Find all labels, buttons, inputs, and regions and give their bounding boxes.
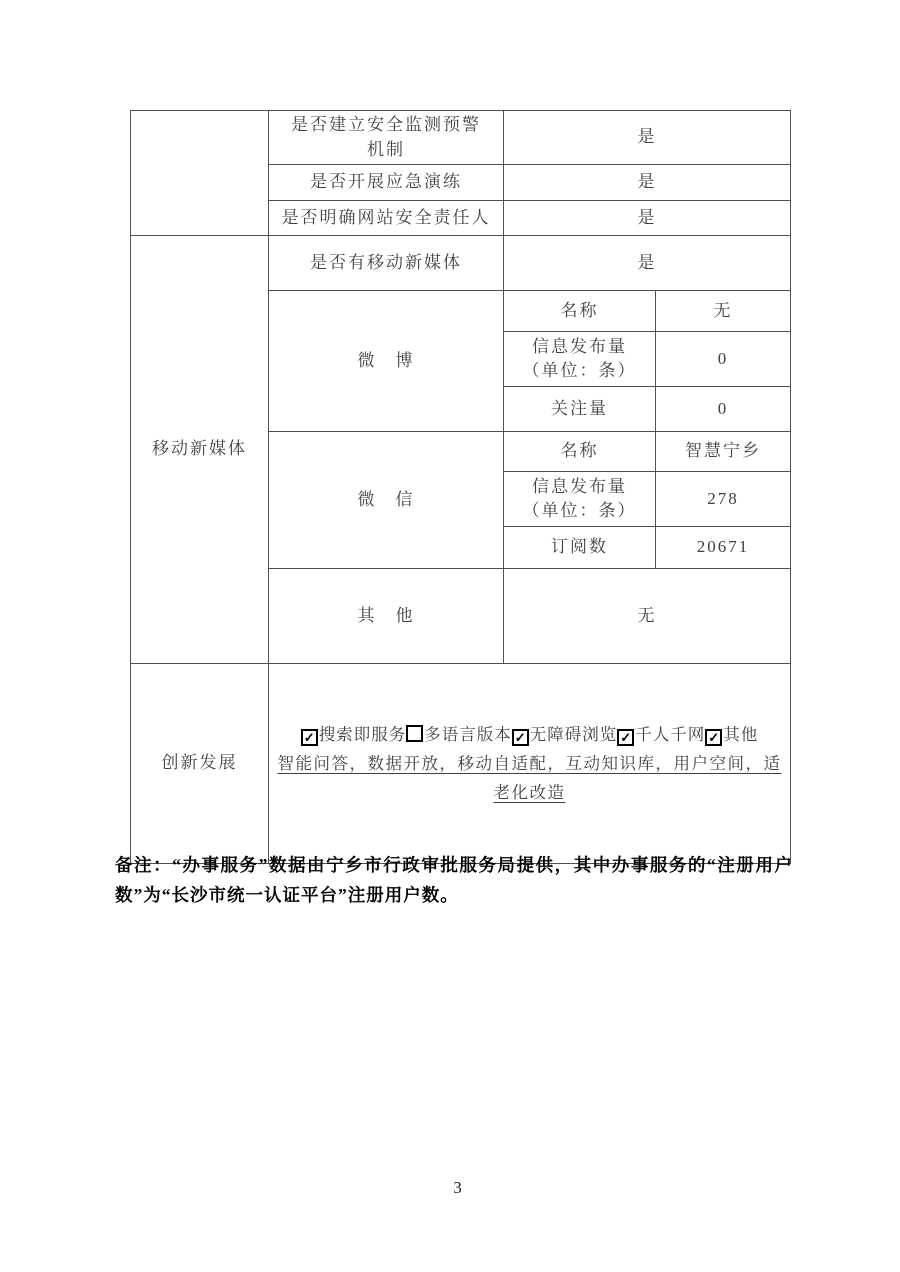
wechat-subscribers-value: 20671 [656, 527, 791, 569]
emergency-drill-value: 是 [504, 165, 791, 201]
weibo-name-label: 名称 [504, 291, 656, 332]
checkbox-option: 多语言版本 [406, 725, 512, 744]
checked-checkbox-icon: ✓ [705, 729, 722, 746]
has-mobile-label: 是否有移动新媒体 [269, 236, 504, 291]
wechat-name-value: 智慧宁乡 [656, 432, 791, 472]
innovation-other-detail: 智能问答，数据开放，移动自适配，互动知识库，用户空间，适老化改造 [273, 749, 786, 807]
table-row: 移动新媒体 是否有移动新媒体 是 [131, 236, 791, 291]
checkbox-label: 搜索即服务 [319, 725, 407, 744]
weibo-followers-value: 0 [656, 387, 791, 432]
wechat-name-label: 名称 [504, 432, 656, 472]
section-innovation: 创新发展 [131, 664, 269, 863]
weibo-followers-label: 关注量 [504, 387, 656, 432]
wechat-subscribers-label: 订阅数 [504, 527, 656, 569]
page-number: 3 [0, 1178, 900, 1198]
wechat-posts-value: 278 [656, 472, 791, 527]
wechat-posts-label: 信息发布量 （单位：条） [504, 472, 656, 527]
checkbox-option: ✓搜索即服务 [301, 725, 407, 744]
checkbox-option: ✓无障碍浏览 [512, 725, 618, 744]
checkbox-label: 千人千网 [635, 725, 705, 744]
checkbox-label: 无障碍浏览 [530, 725, 618, 744]
checked-checkbox-icon: ✓ [617, 729, 634, 746]
section-mobile-media: 移动新媒体 [131, 236, 269, 664]
emergency-drill-label: 是否开展应急演练 [269, 165, 504, 201]
table-row: 创新发展 ✓搜索即服务多语言版本✓无障碍浏览✓千人千网✓其他 智能问答，数据开放… [131, 664, 791, 863]
innovation-options: ✓搜索即服务多语言版本✓无障碍浏览✓千人千网✓其他 [301, 725, 759, 744]
innovation-cell: ✓搜索即服务多语言版本✓无障碍浏览✓千人千网✓其他 智能问答，数据开放，移动自适… [269, 664, 791, 863]
weibo-posts-label: 信息发布量 （单位：条） [504, 332, 656, 387]
checkbox-option: ✓千人千网 [617, 725, 705, 744]
other-media-label: 其 他 [269, 569, 504, 664]
checkbox-option: ✓其他 [705, 725, 758, 744]
wechat-label: 微 信 [269, 432, 504, 569]
security-monitor-value: 是 [504, 111, 791, 165]
empty-section-cell [131, 111, 269, 236]
footnote: 备注：“办事服务”数据由宁乡市行政审批服务局提供，其中办事服务的“注册用户数”为… [115, 850, 793, 910]
checkbox-label: 多语言版本 [424, 725, 512, 744]
checked-checkbox-icon: ✓ [301, 729, 318, 746]
security-owner-value: 是 [504, 201, 791, 236]
has-mobile-value: 是 [504, 236, 791, 291]
checked-checkbox-icon: ✓ [512, 729, 529, 746]
innovation-content: ✓搜索即服务多语言版本✓无障碍浏览✓千人千网✓其他 智能问答，数据开放，移动自适… [273, 691, 786, 836]
security-owner-label: 是否明确网站安全责任人 [269, 201, 504, 236]
unchecked-checkbox-icon [406, 725, 423, 742]
table-row: 是否建立安全监测预警 机制 是 [131, 111, 791, 165]
checkbox-label: 其他 [723, 725, 758, 744]
weibo-name-value: 无 [656, 291, 791, 332]
security-monitor-label: 是否建立安全监测预警 机制 [269, 111, 504, 165]
weibo-label: 微 博 [269, 291, 504, 432]
report-table: 是否建立安全监测预警 机制 是 是否开展应急演练 是 是否明确网站安全责任人 是… [130, 110, 791, 864]
other-media-value: 无 [504, 569, 791, 664]
report-page: 是否建立安全监测预警 机制 是 是否开展应急演练 是 是否明确网站安全责任人 是… [0, 0, 900, 1272]
weibo-posts-value: 0 [656, 332, 791, 387]
